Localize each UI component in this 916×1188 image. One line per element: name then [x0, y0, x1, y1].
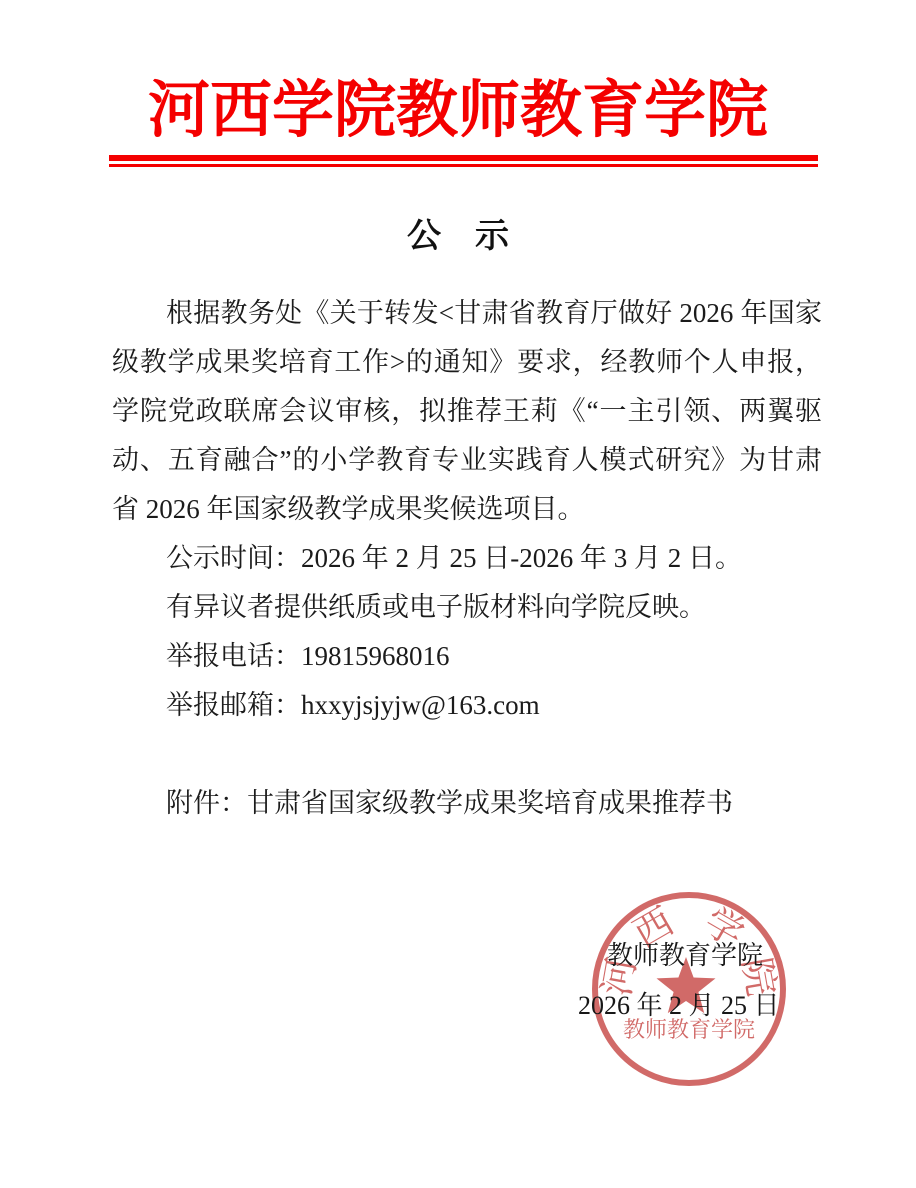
- notice-body: 根据教务处《关于转发<甘肃省教育厅做好 2026 年国家级教学成果奖培育工作>的…: [112, 289, 822, 828]
- notice-paragraph-objection: 有异议者提供纸质或电子版材料向学院反映。: [112, 583, 822, 632]
- official-seal: 河 西 学 院 教师教育学院: [587, 887, 791, 1091]
- signature-department: 教师教育学院: [607, 941, 763, 971]
- notice-paragraph-period: 公示时间：2026 年 2 月 25 日-2026 年 3 月 2 日。: [112, 534, 822, 583]
- notice-attachment-line: 附件：甘肃省国家级教学成果奖培育成果推荐书: [112, 779, 822, 828]
- notice-title: 公 示: [0, 217, 916, 257]
- signature-date: 2026 年 2 月 25 日: [578, 991, 780, 1021]
- letterhead-double-rule: [109, 155, 818, 167]
- notice-paragraph-email: 举报邮箱：hxxyjsjyjw@163.com: [112, 681, 822, 730]
- letterhead-title: 河西学院教师教育学院: [0, 78, 916, 144]
- notice-paragraph-main: 根据教务处《关于转发<甘肃省教育厅做好 2026 年国家级教学成果奖培育工作>的…: [112, 289, 822, 534]
- notice-paragraph-phone: 举报电话：19815968016: [112, 632, 822, 681]
- notice-document-page: 河西学院教师教育学院 公 示 根据教务处《关于转发<甘肃省教育厅做好 2026 …: [0, 0, 916, 1188]
